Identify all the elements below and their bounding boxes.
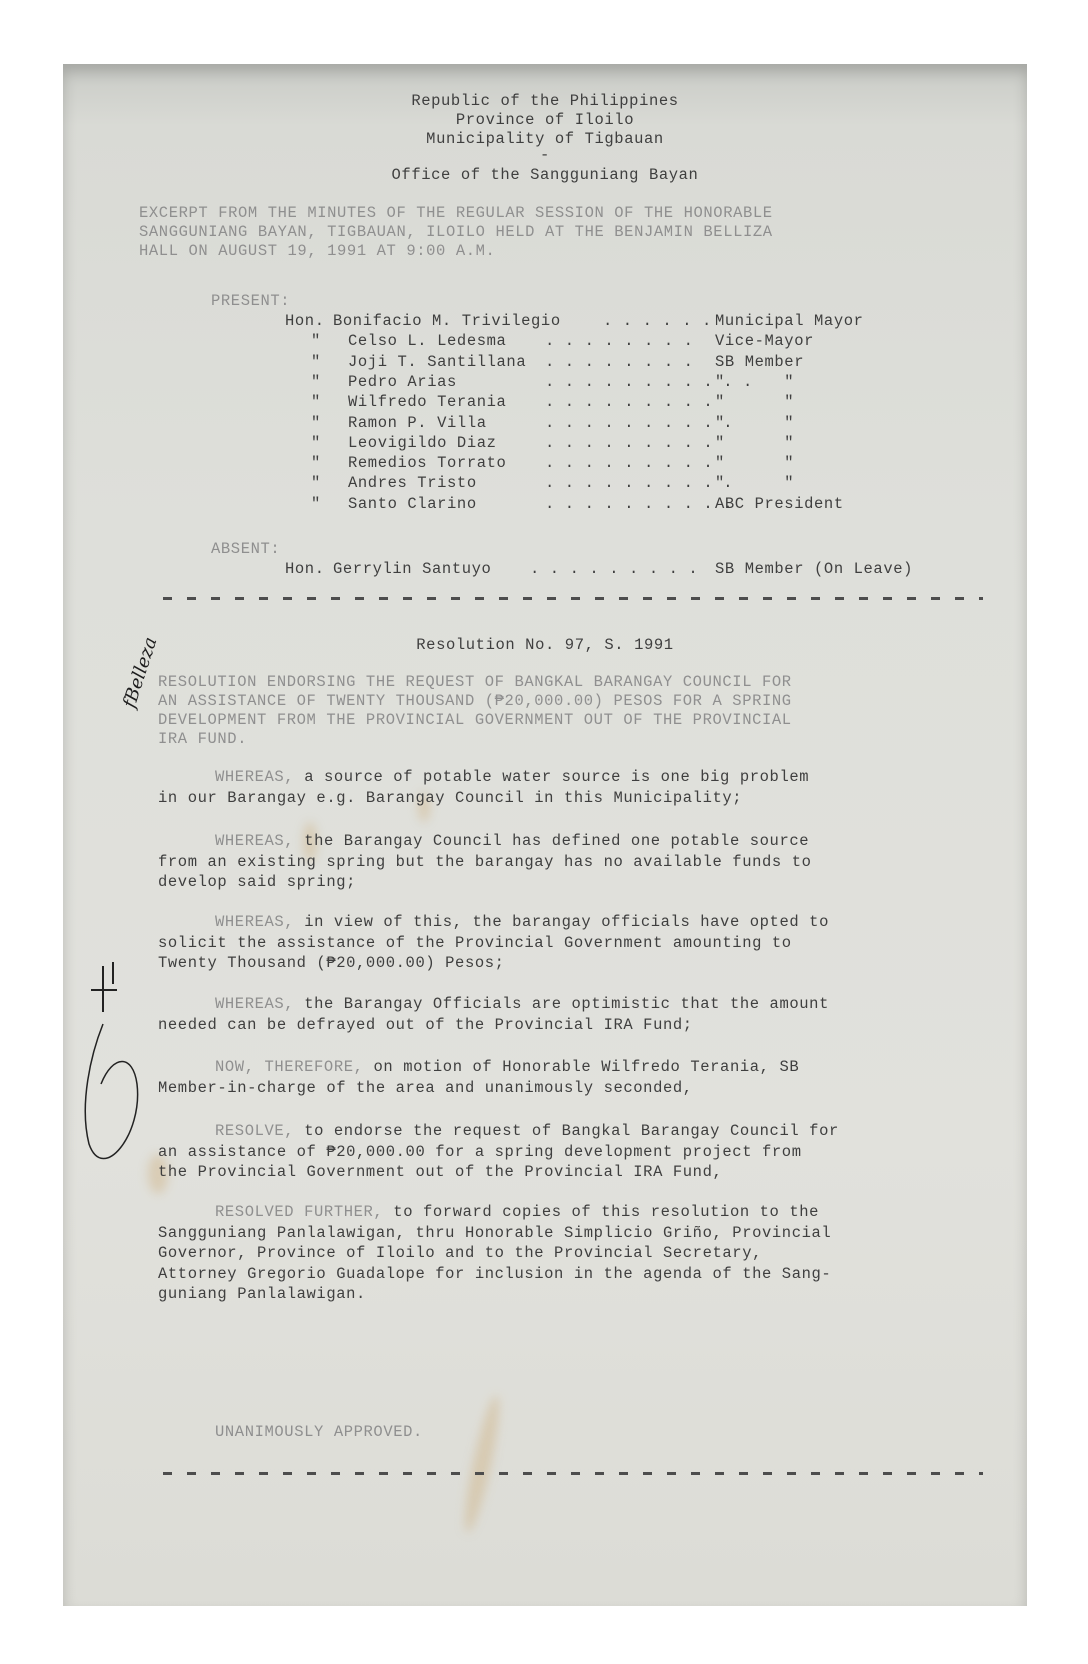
member-position: ABC President: [715, 497, 844, 513]
paragraph-line: on motion of Honorable Wilfredo Terania,…: [374, 1060, 800, 1076]
paragraph-line: an assistance of ₱20,000.00 for a spring…: [158, 1145, 802, 1161]
member-name: Andres Tristo: [348, 476, 477, 492]
member-name: Wilfredo Terania: [348, 395, 506, 411]
paragraph-line: guniang Panlalawigan.: [158, 1287, 366, 1303]
paragraph-lead: RESOLVE,: [215, 1124, 294, 1140]
member-prefix: ": [311, 476, 321, 492]
member-leader-dots: . . . . . . . . .: [545, 436, 713, 452]
paragraph-line: develop said spring;: [158, 875, 356, 891]
member-leader-dots: . . . . . . . . .: [545, 456, 713, 472]
resolution-title-line: DEVELOPMENT FROM THE PROVINCIAL GOVERNME…: [158, 713, 792, 729]
letterhead-separator: -: [63, 148, 1027, 164]
document-page: Republic of the Philippines Province of …: [63, 64, 1027, 1606]
member-position: " ": [715, 456, 794, 472]
member-prefix: ": [311, 456, 321, 472]
member-position: " ": [715, 416, 794, 432]
paragraph-lead: WHEREAS,: [215, 834, 294, 850]
paragraph-line: needed can be defrayed out of the Provin…: [158, 1018, 693, 1034]
present-label: PRESENT:: [211, 294, 290, 310]
member-name: Celso L. Ledesma: [348, 334, 506, 350]
paragraph-lead: WHEREAS,: [215, 770, 294, 786]
resolution-title-line: IRA FUND.: [158, 732, 247, 748]
resolution-title-line: AN ASSISTANCE OF TWENTY THOUSAND (₱20,00…: [158, 694, 792, 710]
excerpt-line: HALL ON AUGUST 19, 1991 AT 9:00 A.M.: [139, 244, 495, 260]
paragraph-line: Attorney Gregorio Guadalope for inclusio…: [158, 1267, 831, 1283]
resolution-number: Resolution No. 97, S. 1991: [63, 638, 1027, 654]
member-name: Joji T. Santillana: [348, 355, 526, 371]
member-name: Santo Clarino: [348, 497, 477, 513]
member-position: " ": [715, 436, 794, 452]
divider-dashed: [163, 1472, 983, 1475]
paragraph-line: the Barangay Council has defined one pot…: [304, 834, 809, 850]
member-name: Gerrylin Santuyo: [333, 562, 491, 578]
paragraph-line: in view of this, the barangay officials …: [304, 915, 829, 931]
paragraph-line: Twenty Thousand (₱20,000.00) Pesos;: [158, 956, 505, 972]
closing-approved: UNANIMOUSLY APPROVED.: [215, 1425, 423, 1441]
member-prefix: ": [311, 497, 321, 513]
excerpt-line: SANGGUNIANG BAYAN, TIGBAUAN, ILOILO HELD…: [139, 225, 773, 241]
paragraph-line: solicit the assistance of the Provincial…: [158, 936, 792, 952]
paragraph-line: the Provincial Government out of the Pro…: [158, 1165, 722, 1181]
excerpt-line: EXCERPT FROM THE MINUTES OF THE REGULAR …: [139, 206, 773, 222]
handwritten-check-mark-icon: [73, 944, 153, 1184]
member-prefix: ": [311, 436, 321, 452]
member-position: " ": [715, 395, 794, 411]
paragraph-lead: WHEREAS,: [215, 997, 294, 1013]
member-prefix: Hon.: [285, 314, 325, 330]
paragraph-lead: RESOLVED FURTHER,: [215, 1205, 383, 1221]
paragraph-line: Member-in-charge of the area and unanimo…: [158, 1081, 693, 1097]
member-position: " ": [715, 375, 794, 391]
member-leader-dots: . . . . . . . . .: [545, 395, 713, 411]
member-position: Vice-Mayor: [715, 334, 814, 350]
member-position: SB Member (On Leave): [715, 562, 913, 578]
resolution-title-line: RESOLUTION ENDORSING THE REQUEST OF BANG…: [158, 675, 792, 691]
member-leader-dots: . . . . . . . . . .: [545, 476, 733, 492]
member-prefix: ": [311, 416, 321, 432]
paragraph-line: in our Barangay e.g. Barangay Council in…: [158, 791, 742, 807]
member-name: Remedios Torrato: [348, 456, 506, 472]
member-name: Leovigildo Diaz: [348, 436, 497, 452]
member-prefix: ": [311, 395, 321, 411]
member-leader-dots: . . . . . . . . . .: [545, 416, 733, 432]
member-prefix: Hon.: [285, 562, 325, 578]
member-leader-dots: . . . . . . . . . .: [545, 497, 733, 513]
member-name: Ramon P. Villa: [348, 416, 487, 432]
absent-label: ABSENT:: [211, 542, 280, 558]
divider-dashed: [163, 597, 983, 600]
member-position: SB Member: [715, 355, 804, 371]
paragraph-lead: NOW, THEREFORE,: [215, 1060, 364, 1076]
stain: [459, 1394, 506, 1535]
letterhead-province: Province of Iloilo: [63, 113, 1027, 129]
paragraph-line: to forward copies of this resolution to …: [393, 1205, 819, 1221]
member-prefix: ": [311, 334, 321, 350]
member-position: " ": [715, 476, 794, 492]
member-prefix: ": [311, 375, 321, 391]
member-leader-dots: . . . . . .: [603, 314, 712, 330]
member-name: Pedro Arias: [348, 375, 457, 391]
paragraph-lead: WHEREAS,: [215, 915, 294, 931]
member-position: Municipal Mayor: [715, 314, 864, 330]
member-leader-dots: . . . . . . . . .: [530, 562, 698, 578]
paragraph-line: to endorse the request of Bangkal Barang…: [304, 1124, 839, 1140]
paragraph-line: Sangguniang Panlalawigan, thru Honorable…: [158, 1226, 831, 1242]
member-prefix: ": [311, 355, 321, 371]
paragraph-line: a source of potable water source is one …: [304, 770, 809, 786]
member-leader-dots: . . . . . . . .: [545, 334, 694, 350]
paragraph-line: from an existing spring but the barangay…: [158, 855, 812, 871]
paragraph-line: Governor, Province of Iloilo and to the …: [158, 1246, 762, 1262]
office-title: Office of the Sangguniang Bayan: [63, 168, 1027, 184]
paragraph-line: the Barangay Officials are optimistic th…: [304, 997, 829, 1013]
member-name: Bonifacio M. Trivilegio: [333, 314, 561, 330]
letterhead-republic: Republic of the Philippines: [63, 94, 1027, 110]
member-leader-dots: . . . . . . . .: [545, 355, 694, 371]
